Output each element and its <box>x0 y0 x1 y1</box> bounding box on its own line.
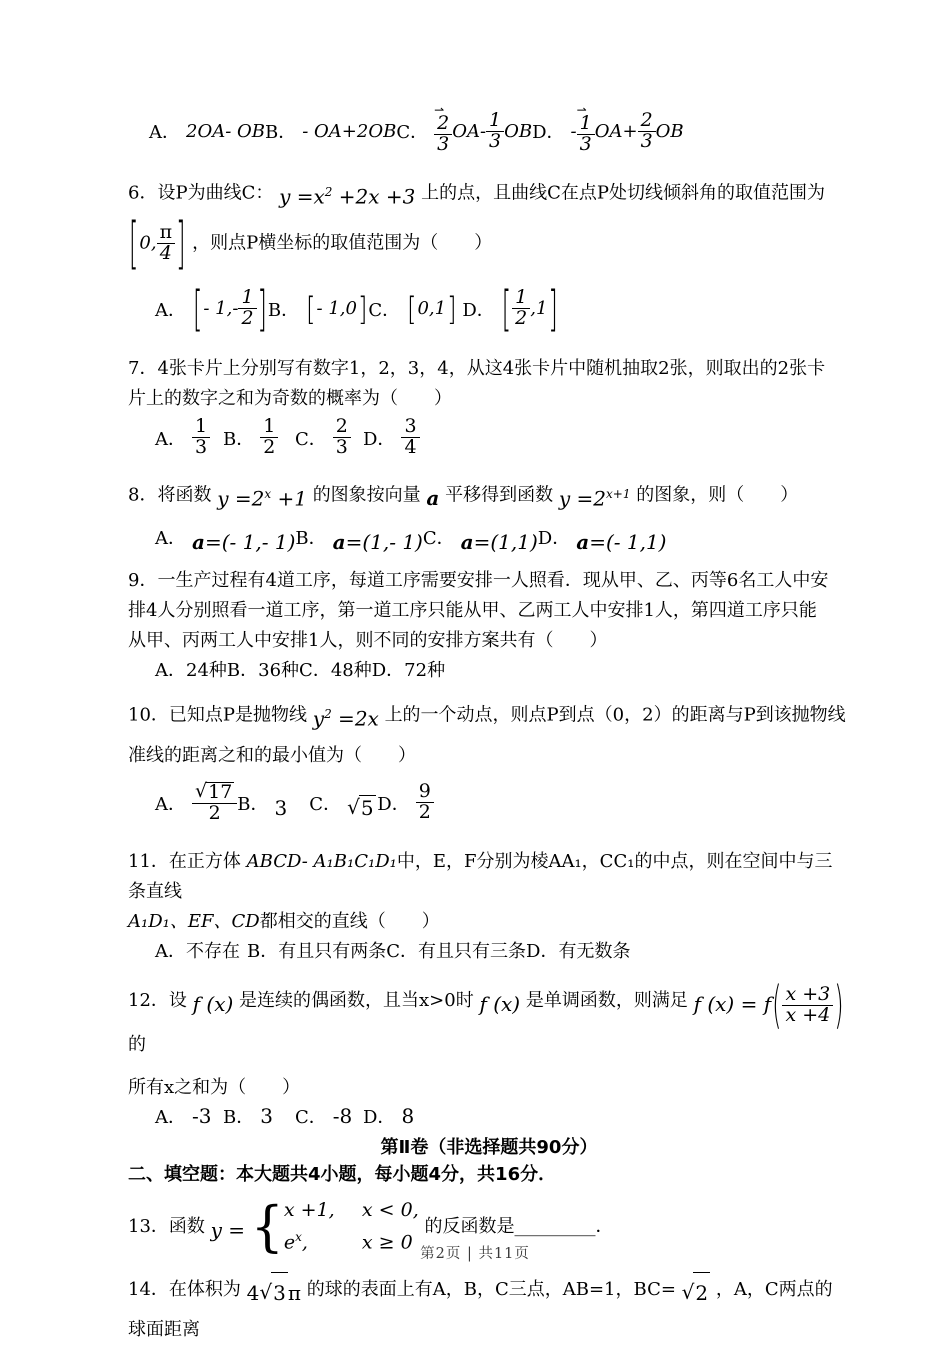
q5-options-row: A． 2OA- OB B． - OA+2OB C． ⇀ 2 3 OA- 1 3 … <box>128 102 850 160</box>
eq-part: y =2 <box>217 486 264 510</box>
option-label: C． <box>309 790 341 816</box>
q7-options-row: A． 13 B． 12 C． 23 D． 34 <box>128 414 850 462</box>
fraction: ⇀ 1 3 <box>577 107 595 155</box>
fraction: √17 2 <box>192 782 237 824</box>
question-12-line-2: 所有x之和为（ ） <box>128 1073 850 1103</box>
q5-option-c: C． ⇀ 2 3 OA- 1 3 OB <box>396 107 532 155</box>
numerator: x +3 <box>782 985 833 1005</box>
page-footer: 第2页 | 共11页 <box>0 1242 950 1263</box>
left-bracket: [ <box>192 285 203 333</box>
right-bracket: ] <box>175 215 186 271</box>
q5-option-d: D． - ⇀ 1 3 OA+ 2 3 OB <box>532 107 684 155</box>
left-bracket: [ <box>501 285 512 333</box>
option-formula: OA- <box>452 121 486 142</box>
denominator: 2 <box>238 308 256 329</box>
q8-option-c: C． a =(1,1) <box>423 524 538 550</box>
radicand: 2 <box>693 1272 710 1313</box>
numerator: 2 <box>434 114 452 134</box>
vector-a: a <box>426 483 439 513</box>
radical-sign: √ <box>347 795 360 819</box>
q6-option-a: A． [ - 1,- 12 ] <box>155 288 268 329</box>
question-text: 8．将函数 <box>128 484 211 505</box>
q6-option-d: D． [ 12 ,1 ] <box>462 288 558 329</box>
option-label: A． <box>155 296 186 322</box>
cube-label: ABCD- A₁B₁C₁D₁ <box>247 851 397 872</box>
option-label: D． <box>363 1103 395 1129</box>
sqrt: √3 <box>259 1272 287 1313</box>
question-text: 是单调函数，则满足 <box>526 990 688 1011</box>
fraction: 12 <box>512 288 530 329</box>
q12-option-c: C．-8 <box>295 1103 363 1129</box>
eq-part: y <box>313 707 324 731</box>
question-6-line-1: 6．设P为曲线C： y =x2 +2x +3 上的点，且曲线C在点P处切线倾斜角… <box>128 172 850 209</box>
option-label: C． <box>396 118 428 144</box>
exam-page: A． 2OA- OB B． - OA+2OB C． ⇀ 2 3 OA- 1 3 … <box>0 0 950 1344</box>
q9-option-c: C．48种 <box>299 656 372 682</box>
sqrt: √5 <box>347 795 375 820</box>
option-label: A． <box>155 790 186 816</box>
interval-value: ,1 <box>530 298 547 319</box>
parabola-equation: y2 =2x <box>313 699 379 734</box>
radical-sign: √ <box>259 1272 272 1312</box>
fraction: 12 <box>260 417 278 458</box>
option-label: D． <box>377 790 409 816</box>
numerator: 9 <box>416 782 434 802</box>
vector-value: =(- 1,1) <box>589 530 666 554</box>
question-text: 12．设 <box>128 990 187 1011</box>
interval-value: 0,1 <box>417 298 446 319</box>
question-text: 的球的表面上有A，B，C三点，AB=1，BC= <box>307 1279 676 1300</box>
q12-option-b: B．3 <box>223 1103 295 1129</box>
fraction: 2 3 <box>638 111 656 152</box>
q7-option-b: B． 12 <box>223 417 295 458</box>
option-formula: OB <box>656 121 684 142</box>
option-label: B． <box>237 790 268 816</box>
numerator: 3 <box>401 417 419 437</box>
exponent: 2 <box>324 707 332 721</box>
option-label: C． <box>295 1103 327 1129</box>
q6-options-row: A． [ - 1,- 12 ] B． [ - 1,0 ] C． [ 0,1 ] … <box>128 280 850 338</box>
question-text: 11．在正方体 <box>128 851 247 872</box>
q7-option-a: A． 13 <box>155 417 223 458</box>
numerator: 1 <box>577 114 595 134</box>
option-label: A． <box>155 1103 186 1129</box>
question-text: 13．函数 <box>128 1216 205 1237</box>
exponent: x+1 <box>606 487 630 501</box>
q6-option-b: B． [ - 1,0 ] <box>268 296 368 322</box>
question-text: ，则点P横坐标的取值范围为（ ） <box>192 232 492 253</box>
fill-in-blank-instructions: 二、填空题：本大题共4小题，每小题4分，共16分． <box>128 1161 850 1189</box>
q7-option-d: D． 34 <box>363 417 420 458</box>
numerator: 1 <box>512 288 530 308</box>
radical-sign: √ <box>195 782 207 802</box>
question-text: 上的一个动点，则点P到点（0，2）的距离与P到该抛物线 <box>385 705 846 726</box>
vector-a: a <box>461 530 474 554</box>
question-text: 14．在体积为 <box>128 1279 241 1300</box>
question-text: 10．已知点P是抛物线 <box>128 705 307 726</box>
q9-option-b: B．36种 <box>227 656 299 682</box>
denominator: 3 <box>577 134 595 155</box>
case-row: x +1,x < 0, <box>284 1197 419 1224</box>
q12-options-row: A．-3 B．3 C．-8 D．8 <box>128 1103 850 1129</box>
option-formula: OB <box>504 121 532 142</box>
option-label: A． <box>149 118 180 144</box>
numerator: 1 <box>238 288 256 308</box>
q7-option-c: C． 23 <box>295 417 363 458</box>
question-text: 6．设P为曲线C： <box>128 183 273 204</box>
lines-label: A₁D₁、EF、CD <box>128 911 260 932</box>
q9-option-a: A．24种 <box>155 656 227 682</box>
question-12-line-1: 12．设 f (x) 是连续的偶函数，且当x>0时 f (x) 是单调函数，则满… <box>128 977 850 1067</box>
question-9-line-3: 从甲、丙两工人中安排1人，则不同的安排方案共有（ ） <box>128 626 850 656</box>
sqrt: √2 <box>682 1272 710 1313</box>
question-text: 的图象，则（ ） <box>636 484 798 505</box>
question-6-line-2: [0,π4] ，则点P横坐标的取值范围为（ ） <box>128 223 850 264</box>
option-formula: 2OA- OB <box>186 121 265 142</box>
question-text: 的 <box>128 1034 146 1055</box>
question-10-line-1: 10．已知点P是抛物线 y2 =2x 上的一个动点，则点P到点（0，2）的距离与… <box>128 694 850 731</box>
option-label: B． <box>223 425 254 451</box>
numerator: 1 <box>260 417 278 437</box>
denominator: 4 <box>157 243 176 264</box>
left-paren: ( <box>771 980 782 1030</box>
numerator: 1 <box>486 111 504 131</box>
question-11-line-2: A₁D₁、EF、CD都相交的直线（ ） <box>128 907 850 937</box>
functional-equation: f (x) = f(x +3x +4) <box>694 982 845 1026</box>
left-bracket: [ <box>305 292 316 324</box>
question-text: 平移得到函数 <box>445 484 553 505</box>
q8-option-b: B． a =(1,- 1) <box>295 524 423 550</box>
right-paren: ) <box>833 980 844 1030</box>
question-8-line-1: 8．将函数 y =2x +1 的图象按向量 a 平移得到函数 y =2x+1 的… <box>128 474 850 511</box>
q10-options-row: A． √17 2 B． 3 C． √5 D． 92 <box>128 777 850 829</box>
fraction: π4 <box>157 223 176 264</box>
vector-a: a <box>576 530 589 554</box>
option-label: B． <box>265 118 296 144</box>
radicand: 5 <box>359 795 376 820</box>
radical-sign: √ <box>682 1272 695 1312</box>
option-label: B． <box>295 524 326 550</box>
fraction: ⇀ 2 3 <box>434 107 452 155</box>
option-label: B． <box>223 1103 254 1129</box>
volume-expression: 4√3π <box>247 1272 301 1313</box>
numerator: π <box>157 223 176 243</box>
fraction: x +3x +4 <box>782 985 833 1026</box>
function-equation: y =2x+1 <box>559 479 631 514</box>
radicand: 3 <box>271 1272 288 1313</box>
question-7-line-2: 片上的数字之和为奇数的概率为（ ） <box>128 384 850 414</box>
option-label: C． <box>423 524 455 550</box>
right-bracket: ] <box>357 292 368 324</box>
fraction: 34 <box>401 417 419 458</box>
fx-symbol: f (x) <box>479 982 520 1026</box>
numerator: 2 <box>333 417 351 437</box>
question-text: 上的点，且曲线C在点P处切线倾斜角的取值范围为 <box>421 183 825 204</box>
interval-value: - 1,0 <box>317 298 357 319</box>
interval-value: 0, <box>139 232 156 253</box>
denominator: x +4 <box>782 1005 833 1026</box>
q8-option-d: D． a =(- 1,1) <box>538 524 667 550</box>
question-text: 的图象按向量 <box>313 484 421 505</box>
function-equation: y =2x +1 <box>217 479 307 514</box>
q10-option-a: A． √17 2 <box>155 782 237 824</box>
q10-option-b: B． 3 <box>237 790 309 816</box>
eq-part: π <box>288 1281 301 1305</box>
denominator: 3 <box>333 437 351 458</box>
right-bracket: ] <box>257 285 268 333</box>
question-7-line-1: 7．4张卡片上分别写有数字1，2，3，4，从这4张卡片中随机抽取2张，则取出的2… <box>128 354 850 384</box>
interval-value: - 1,- <box>203 298 238 319</box>
eq-part: =2x <box>332 707 379 731</box>
denominator: 4 <box>401 437 419 458</box>
option-label: D． <box>532 118 564 144</box>
q9-option-d: D．72种 <box>372 656 445 682</box>
vector-a: a <box>333 530 346 554</box>
q5-option-a: A． 2OA- OB <box>149 118 265 144</box>
option-label: A． <box>155 524 186 550</box>
denominator: 3 <box>434 134 452 155</box>
eq-part: +2x +3 <box>332 185 415 209</box>
eq-part: y =2 <box>559 486 606 510</box>
denominator: 2 <box>260 437 278 458</box>
question-11-line-1: 11．在正方体 ABCD- A₁B₁C₁D₁中，E，F分别为棱AA₁，CC₁的中… <box>128 847 850 907</box>
fraction: 12 <box>238 288 256 329</box>
exponent: x <box>264 487 271 501</box>
fx-symbol: f (x) <box>193 982 234 1026</box>
q8-option-a: A． a =(- 1,- 1) <box>155 524 295 550</box>
numerator: 2 <box>638 111 656 131</box>
denominator: 3 <box>638 131 656 152</box>
denominator: 2 <box>512 308 530 329</box>
sqrt: √17 <box>195 782 234 803</box>
q10-option-c: C． √5 <box>309 790 377 816</box>
eq-part: 4 <box>247 1281 260 1305</box>
question-text: 是连续的偶函数，且当x>0时 <box>239 990 474 1011</box>
q12-option-a: A．-3 <box>155 1103 223 1129</box>
case-condition: x < 0, <box>362 1199 419 1221</box>
curve-equation: y =x2 +2x +3 <box>279 177 415 212</box>
q5-option-b: B． - OA+2OB <box>265 118 396 144</box>
numerator: 1 <box>192 417 210 437</box>
fraction: 23 <box>333 417 351 458</box>
question-9-line-1: 9．一生产过程有4道工序，每道工序需要安排一人照看．现从甲、乙、丙等6名工人中安 <box>128 566 850 596</box>
vector-a: a <box>192 530 205 554</box>
fraction: 13 <box>192 417 210 458</box>
eq-part: y =x <box>279 185 325 209</box>
question-9-line-2: 排4人分别照看一道工序，第一道工序只能从甲、乙两工人中安排1人，第四道工序只能 <box>128 596 850 626</box>
q6-option-c: C． [ 0,1 ] <box>368 296 462 322</box>
q11-option-a: A．不存在 <box>155 937 247 963</box>
q11-option-c: C．有且只有三条 <box>386 937 526 963</box>
question-text: 都相交的直线（ ） <box>260 911 440 932</box>
denominator: 2 <box>416 802 434 823</box>
q11-option-d: D．有无数条 <box>526 937 630 963</box>
q12-option-d: D．8 <box>363 1103 414 1129</box>
denominator: 2 <box>192 803 237 824</box>
denominator: 3 <box>192 437 210 458</box>
option-label: A． <box>155 425 186 451</box>
eq-part: +1 <box>271 486 307 510</box>
left-bracket: [ <box>406 292 417 324</box>
option-label: C． <box>295 425 327 451</box>
question-10-line-2: 准线的距离之和的最小值为（ ） <box>128 741 850 771</box>
option-label: D． <box>538 524 570 550</box>
option-label: D． <box>363 425 395 451</box>
option-value: 8 <box>401 1104 414 1128</box>
section-2-header: 第Ⅱ卷（非选择题共90分） <box>128 1135 850 1161</box>
q10-option-d: D． 92 <box>377 782 434 823</box>
radicand: 17 <box>206 782 234 803</box>
right-bracket: ] <box>446 292 457 324</box>
right-bracket: ] <box>547 285 558 333</box>
q8-options-row: A． a =(- 1,- 1) B． a =(1,- 1) C． a =(1,1… <box>128 524 850 550</box>
q11-option-b: B．有且只有两条 <box>247 937 386 963</box>
option-label: D． <box>462 296 494 322</box>
vector-value: =(1,- 1) <box>346 530 423 554</box>
case-expression: x +1, <box>284 1197 362 1224</box>
numerator: √17 <box>192 782 237 803</box>
option-value: -3 <box>192 1104 211 1128</box>
option-value: 3 <box>260 1104 273 1128</box>
option-value: -8 <box>333 1104 352 1128</box>
vector-value: =(- 1,- 1) <box>205 530 295 554</box>
option-value: 3 <box>275 796 288 820</box>
q11-options-row: A．不存在 B．有且只有两条 C．有且只有三条 D．有无数条 <box>128 937 850 963</box>
q9-options-row: A．24种 B．36种 C．48种 D．72种 <box>128 656 850 682</box>
denominator: 3 <box>486 131 504 152</box>
vector-value: =(1,1) <box>474 530 538 554</box>
option-formula: OA+ <box>595 121 638 142</box>
option-label: C． <box>368 296 400 322</box>
option-label: B． <box>268 296 299 322</box>
option-formula: - OA+2OB <box>302 121 396 142</box>
eq-part: f (x) = f <box>694 992 772 1016</box>
fraction: 1 3 <box>486 111 504 152</box>
fraction: 92 <box>416 782 434 823</box>
question-14-line: 14．在体积为 4√3π 的球的表面上有A，B，C三点，AB=1，BC= √2 … <box>128 1267 850 1350</box>
question-text: 的反函数是_________． <box>424 1216 613 1237</box>
left-bracket: [ <box>128 215 139 271</box>
